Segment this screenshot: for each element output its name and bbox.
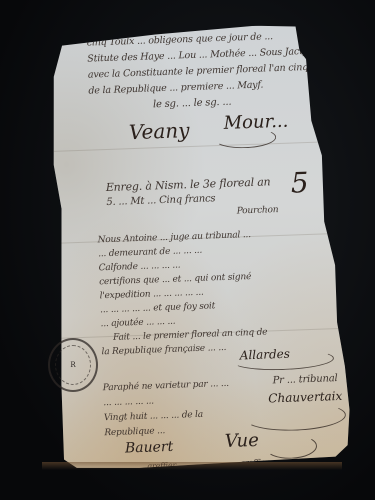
text-line: ... demeurant de ... ... ... [98, 246, 202, 260]
fold-line [35, 141, 347, 153]
text-line: Fait ... le premier floreal an cinq de [113, 327, 268, 342]
tribunal-line: Pr ... tribunal [272, 373, 337, 386]
signature: Vue [224, 430, 259, 452]
text-line: Republique ... [104, 426, 165, 438]
signature: Veany [129, 118, 190, 144]
paper-edge-stain [42, 462, 342, 470]
text-line: Nous Antoine ... juge au tribunal ... [98, 230, 251, 245]
registration-mark: 5 [290, 166, 309, 200]
registration-line: 5. ... Mt ... Cinq francs [106, 193, 215, 208]
signature: Bauert [125, 439, 174, 457]
text-line: l'expedition ... ... ... ... ... [99, 288, 203, 302]
seal-letter: R [55, 345, 91, 385]
text-line: ... ajoutée ... ... ... [100, 317, 175, 330]
seal-stamp: R [48, 338, 98, 392]
text-line: de la Republique ... premiere ... Mayf. [88, 79, 263, 96]
signature-flourish [265, 434, 318, 460]
text-line: Paraphé ne varietur par ... ... [103, 379, 229, 393]
text-line: ... ... ... ... ... et que foy soit [100, 301, 215, 315]
text-line: ... ... ... ... ... [103, 396, 154, 408]
annotation: le sg. ... le sg. ... [153, 97, 232, 111]
registration-line: Enreg. à Nism. le 3e floreal an [106, 175, 271, 194]
text-line: avec la Constituante le premier floreal … [88, 62, 309, 81]
text-line: Vingt huit ... ... ... de la [104, 410, 203, 423]
registration-signature: Pourchon [237, 205, 279, 216]
manuscript-page: cinq Toulx ... obligeons que ce jour de … [30, 23, 357, 474]
text-line: la Republique française ... ... [101, 343, 226, 357]
signature-flourish [243, 401, 346, 433]
text-line: Calfonde ... ... ... ... [98, 260, 180, 273]
text-line: certifions que ... et ... qui ont signé [99, 272, 251, 287]
